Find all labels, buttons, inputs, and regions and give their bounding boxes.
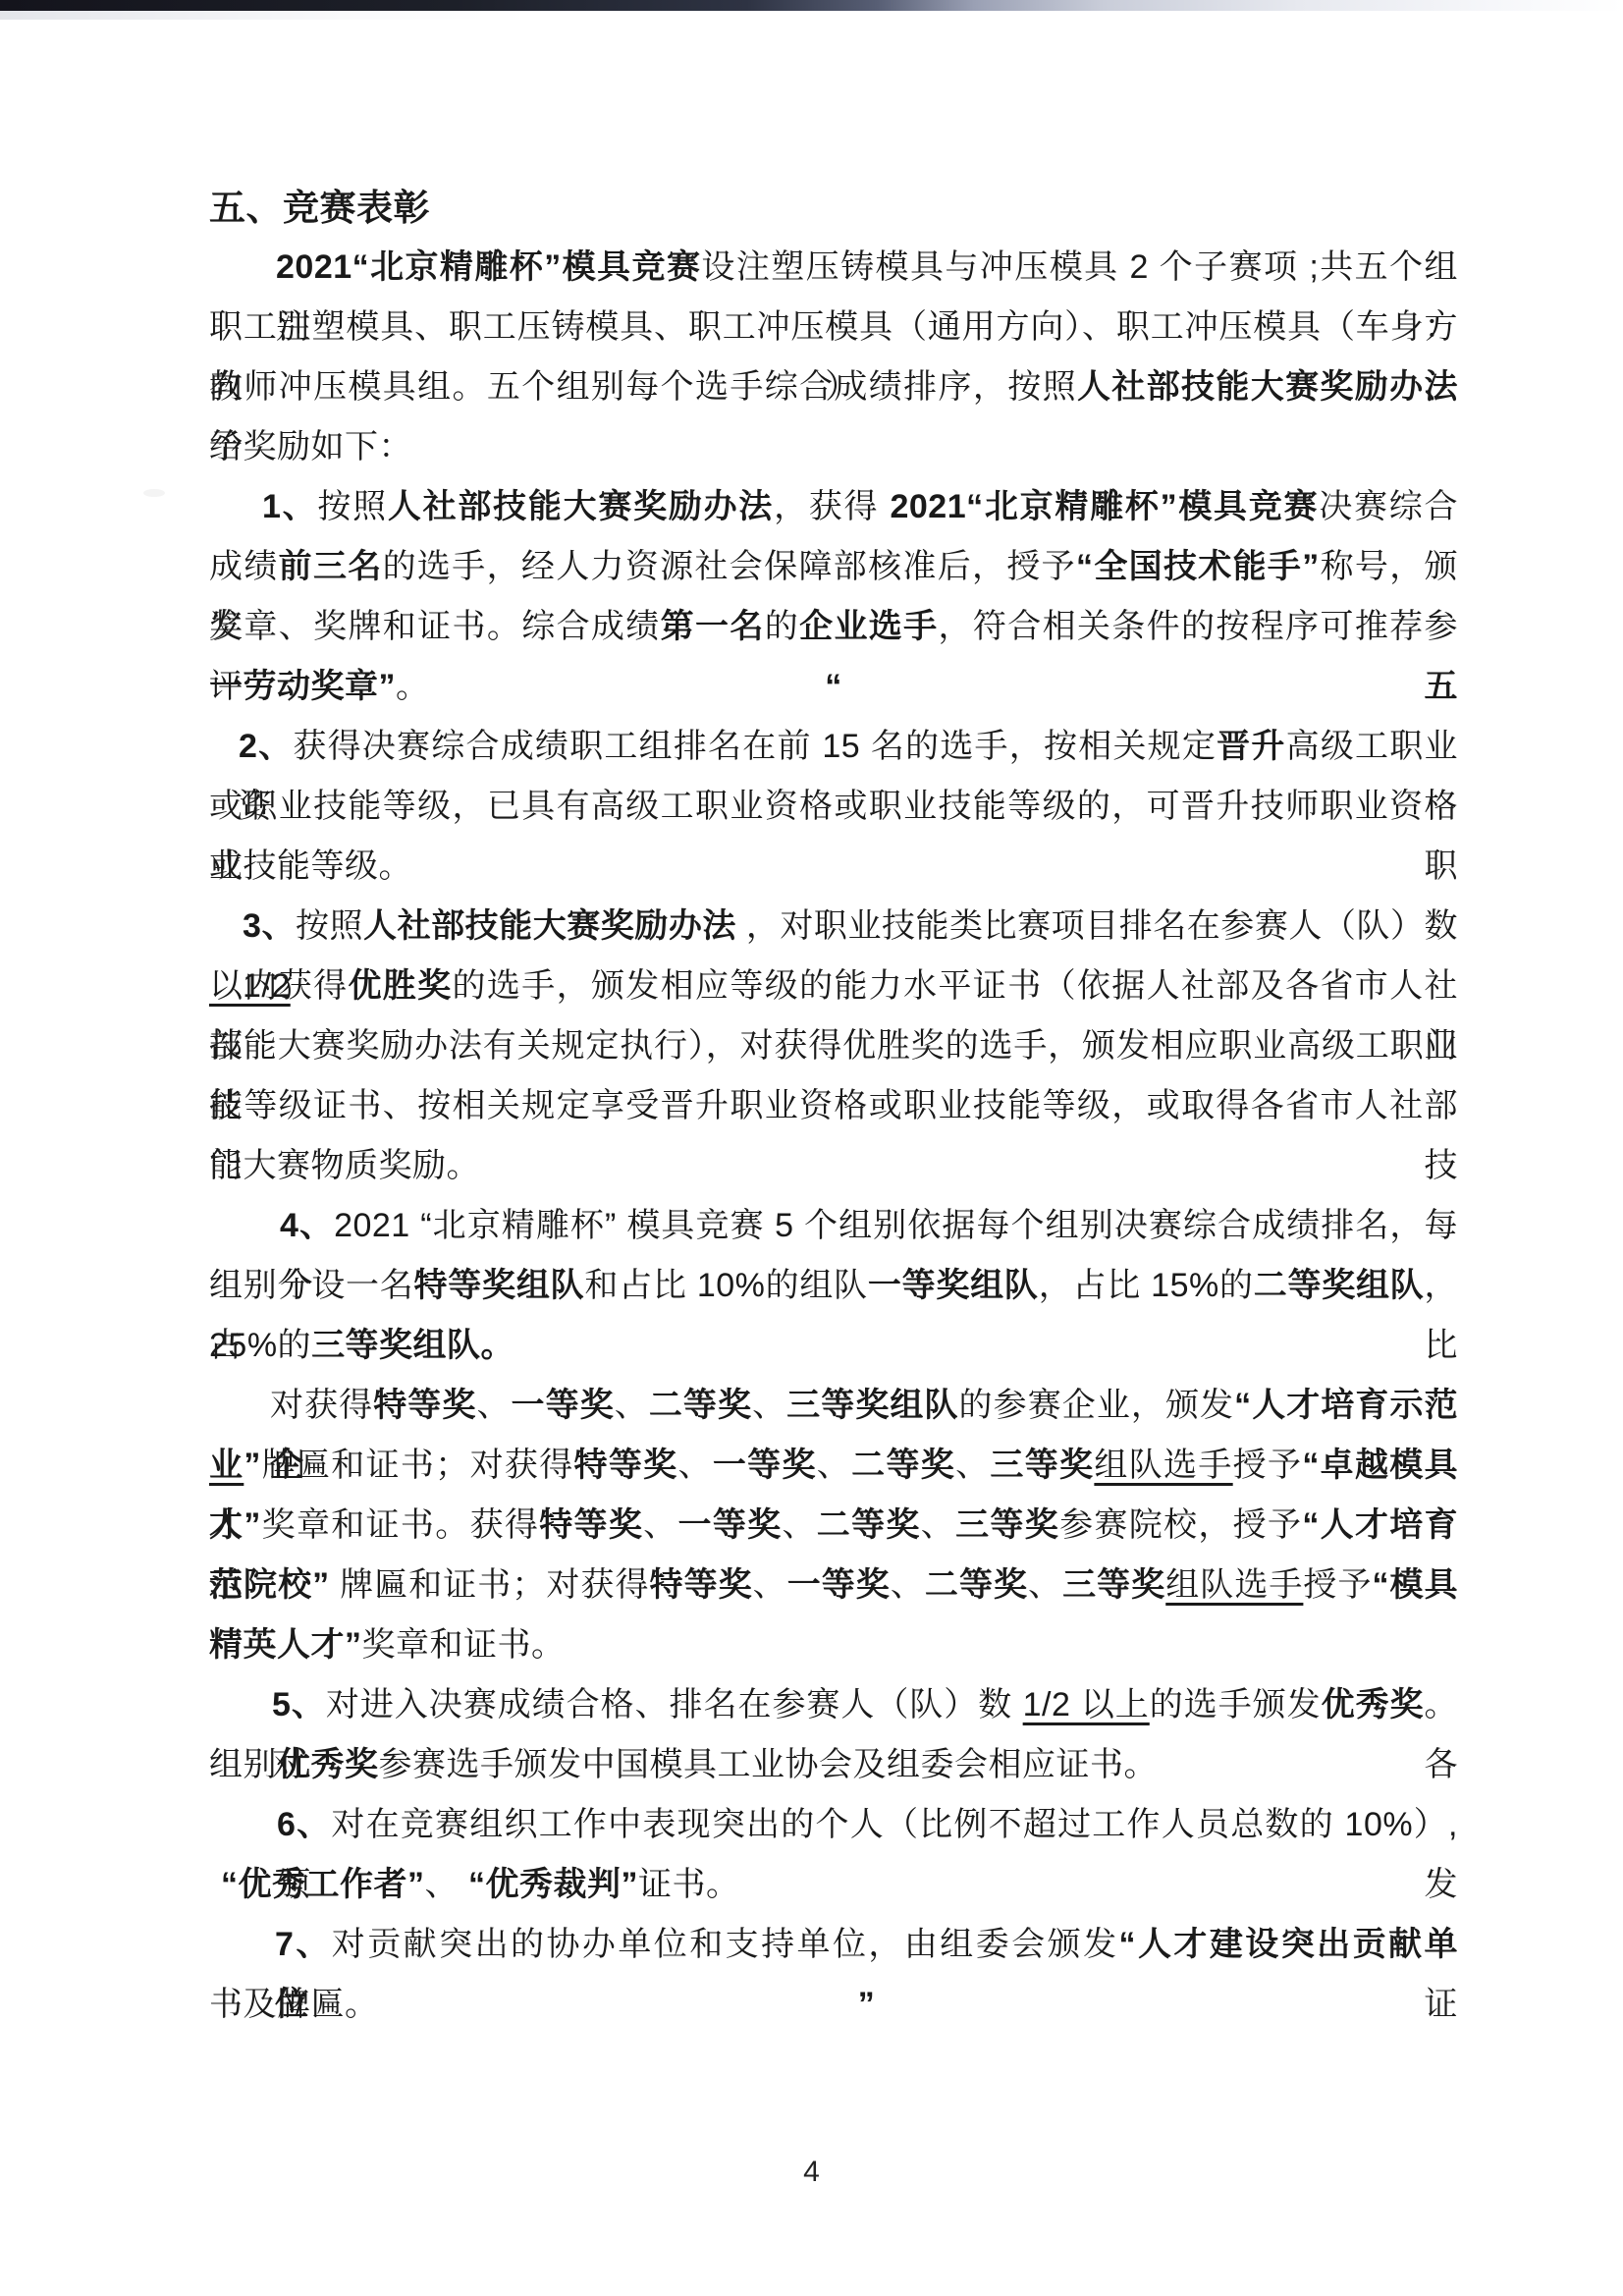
text-run: 组别 bbox=[209, 1746, 277, 1783]
text-run: 三等奖 bbox=[990, 1447, 1094, 1484]
text-run: “优秀裁判” bbox=[468, 1866, 638, 1903]
text-line: 成绩前三名的选手，经人力资源社会保障部核准后，授予“全国技术能手”称号，颁发 bbox=[209, 537, 1458, 597]
text-run: 一等奖 bbox=[678, 1506, 783, 1544]
text-run: 对贡献突出的协办单位和支持单位，由组委会颁发 bbox=[332, 1926, 1119, 1963]
text-run: ，对职业技能类比赛项目排名在参赛人（队）数 bbox=[736, 907, 1458, 945]
text-run: “五 bbox=[825, 668, 1458, 705]
text-run: 以内 bbox=[209, 967, 279, 1005]
text-run: 证 bbox=[875, 1986, 1458, 2023]
text-run: 、 bbox=[476, 1387, 511, 1424]
text-line: 才”奖章和证书。获得特等奖、一等奖、二等奖、三等奖参赛院校，授予“人才培育示 bbox=[209, 1496, 1458, 1556]
text-run: 特等奖 bbox=[650, 1566, 753, 1604]
text-run: 予奖励如下： bbox=[209, 428, 412, 465]
text-line: 7、对贡献突出的协办单位和支持单位，由组委会颁发“人才建设突出贡献单位”证 bbox=[209, 1915, 1458, 1975]
text-run: 三等奖组队。 bbox=[311, 1327, 514, 1364]
text-line: 4、2021 “北京精雕杯” 模具竞赛 5 个组别依据每个组别决赛综合成绩排名，… bbox=[209, 1196, 1458, 1256]
text-line: 予奖励如下： bbox=[209, 417, 1458, 477]
text-run: 的选手颁发 bbox=[1150, 1686, 1322, 1723]
text-run: 组队选手 bbox=[1094, 1447, 1232, 1484]
text-run: 、 bbox=[921, 1506, 955, 1544]
text-run: 特等奖 bbox=[539, 1506, 643, 1544]
text-line: 范院校” 牌匾和证书；对获得特等奖、一等奖、二等奖、三等奖组队选手授予“模具 bbox=[209, 1556, 1458, 1615]
text-line: 组别分设一名特等奖组队和占比 10%的组队一等奖组队，占比 15%的二等奖组队，… bbox=[209, 1256, 1458, 1316]
text-run: ，占比 15%的 bbox=[1039, 1267, 1254, 1304]
text-run: 7、 bbox=[275, 1926, 332, 1963]
text-run: 25%的 bbox=[209, 1327, 311, 1364]
text-run: 1、 bbox=[262, 488, 317, 525]
text-run: 、 bbox=[425, 1866, 468, 1903]
scan-artifact-speck bbox=[143, 489, 165, 497]
text-run: 、 bbox=[1028, 1566, 1062, 1604]
text-run: 奖章和证书。 bbox=[362, 1626, 566, 1664]
text-run: 人社部技能大赛奖励办法 bbox=[363, 907, 736, 945]
text-run: ，获得 bbox=[774, 488, 890, 525]
text-line: 5、对进入决赛成绩合格、排名在参赛人（队）数 1/2 以上的选手颁发优秀奖。对各 bbox=[209, 1675, 1458, 1735]
text-line: 能等级证书、按相关规定享受晋升职业资格或职业技能等级，或取得各省市人社部门技 bbox=[209, 1076, 1458, 1136]
text-run: 组别分设一名 bbox=[209, 1267, 414, 1304]
text-run: 奖章、奖牌和证书。综合成绩 bbox=[209, 608, 661, 645]
text-run: 授予 bbox=[1233, 1447, 1303, 1484]
text-line: 以内获得优胜奖的选手，颁发相应等级的能力水平证书（依据人社部及各省市人社部门 bbox=[209, 957, 1458, 1016]
text-run: 三等奖 bbox=[955, 1506, 1059, 1544]
text-run: 教师冲压模具组。五个组别每个选手综合成绩排序，按照 bbox=[209, 368, 1077, 406]
text-line: 2021“北京精雕杯”模具竞赛设注塑压铸模具与冲压模具 2 个子赛项 ;共五个组… bbox=[209, 238, 1458, 298]
text-run: 范院校” bbox=[209, 1566, 330, 1604]
text-line: 或职业技能等级，已具有高级工职业资格或职业技能等级的，可晋升技师职业资格或职 bbox=[209, 777, 1458, 837]
text-run: 特等奖 bbox=[574, 1447, 678, 1484]
text-run: 二等奖组队 bbox=[1254, 1267, 1425, 1304]
text-run: 、 bbox=[955, 1447, 990, 1484]
text-run: 特等奖 bbox=[373, 1387, 476, 1424]
document-body: 五、竞赛表彰2021“北京精雕杯”模具竞赛设注塑压铸模具与冲压模具 2 个子赛项… bbox=[209, 178, 1458, 2035]
text-line: 业”牌匾和证书；对获得特等奖、一等奖、二等奖、三等奖组队选手授予“卓越模具人 bbox=[209, 1436, 1458, 1496]
text-run: 、 bbox=[782, 1506, 816, 1544]
text-run: 业 bbox=[209, 1447, 243, 1484]
text-run: 业技能等级。 bbox=[209, 847, 412, 885]
text-run: 、 bbox=[678, 1447, 713, 1484]
text-line: 教师冲压模具组。五个组别每个选手综合成绩排序，按照人社部技能大赛奖励办法给 bbox=[209, 357, 1458, 417]
section-heading: 五、竞赛表彰 bbox=[209, 178, 1458, 238]
text-run: 优胜奖 bbox=[348, 967, 452, 1005]
text-run: 参赛院校，授予 bbox=[1059, 1506, 1302, 1544]
text-run: 一劳动奖章” bbox=[209, 668, 396, 705]
text-run: 晋升 bbox=[1217, 728, 1285, 765]
text-run: 获得决赛综合成绩职工组排名在前 15 名的选手，按相关规定 bbox=[293, 728, 1217, 765]
text-run: 一等奖 bbox=[713, 1447, 817, 1484]
text-line: 对获得特等奖、一等奖、二等奖、三等奖组队的参赛企业，颁发“人才培育示范企 bbox=[209, 1376, 1458, 1436]
text-run: 2021“北京精雕杯”模具竞赛 bbox=[276, 248, 701, 286]
scan-artifact-top-band bbox=[0, 0, 1623, 11]
text-run: 才” bbox=[209, 1506, 261, 1544]
text-run: 2021“北京精雕杯”模具竞赛 bbox=[890, 488, 1319, 525]
text-run: 一等奖 bbox=[512, 1387, 615, 1424]
text-run: 奖章和证书。获得 bbox=[261, 1506, 539, 1544]
text-run: 牌匾和证书；对获得 bbox=[330, 1566, 650, 1604]
text-run: 、 bbox=[752, 1387, 786, 1424]
text-line: 职工注塑模具、职工压铸模具、职工冲压模具（通用方向）、职工冲压模具（车身方向）、 bbox=[209, 298, 1458, 357]
text-run: 3、 bbox=[243, 907, 296, 945]
text-run: 的参赛企业，颁发 bbox=[959, 1387, 1235, 1424]
text-run: 的选手，经人力资源社会保障部核准后，授予 bbox=[383, 548, 1076, 585]
text-run: 获得 bbox=[279, 967, 349, 1005]
text-run: 对进入决赛成绩合格、排名在参赛人（队）数 bbox=[326, 1686, 1023, 1723]
text-run: 二等奖 bbox=[817, 1506, 921, 1544]
text-run: 5、 bbox=[272, 1686, 326, 1723]
text-run: 精英人才” bbox=[209, 1626, 362, 1664]
text-run: 按照 bbox=[296, 907, 363, 945]
text-run: 证书。 bbox=[638, 1866, 740, 1903]
text-line: 精英人才”奖章和证书。 bbox=[209, 1615, 1458, 1675]
scan-artifact-smear bbox=[0, 11, 530, 20]
text-run: 优秀奖 bbox=[1322, 1686, 1425, 1723]
text-run: ” bbox=[243, 1447, 261, 1484]
text-run: 1/2 以上 bbox=[1023, 1686, 1150, 1723]
text-line: 奖章、奖牌和证书。综合成绩第一名的企业选手，符合相关条件的按程序可推荐参评“五 bbox=[209, 597, 1458, 657]
text-line: 3、按照人社部技能大赛奖励办法 ，对职业技能类比赛项目排名在参赛人（队）数 1/… bbox=[209, 897, 1458, 957]
text-run: “全国技术能手” bbox=[1076, 548, 1320, 585]
text-run: 第一名 bbox=[661, 608, 765, 645]
text-run: 一等奖 bbox=[787, 1566, 891, 1604]
text-run: 4、 bbox=[280, 1207, 334, 1244]
text-run: 三等奖 bbox=[1062, 1566, 1165, 1604]
text-run: 、 bbox=[891, 1566, 925, 1604]
text-run: 牌匾和证书；对获得 bbox=[261, 1447, 574, 1484]
text-run: 组队选手 bbox=[1165, 1566, 1303, 1604]
text-run: 前三名 bbox=[279, 548, 383, 585]
text-run: 的 bbox=[765, 608, 799, 645]
text-run: 对获得 bbox=[270, 1387, 373, 1424]
text-run: 优秀奖 bbox=[277, 1746, 379, 1783]
text-run: 2、 bbox=[239, 728, 293, 765]
text-run: 成绩 bbox=[209, 548, 279, 585]
text-line: 技能大赛奖励办法有关规定执行），对获得优胜奖的选手，颁发相应职业高级工职业技 bbox=[209, 1016, 1458, 1076]
text-line: 2、获得决赛综合成绩职工组排名在前 15 名的选手，按相关规定晋升高级工职业资格 bbox=[209, 717, 1458, 777]
text-run: 授予 bbox=[1303, 1566, 1372, 1604]
text-run: “模具 bbox=[1373, 1566, 1459, 1604]
text-run: 企业选手 bbox=[799, 608, 938, 645]
text-run: 参赛选手颁发中国模具工业协会及组委会相应证书。 bbox=[379, 1746, 1159, 1783]
text-run: 二等奖 bbox=[925, 1566, 1028, 1604]
text-run: 和占比 10%的组队 bbox=[584, 1267, 868, 1304]
text-run: 二等奖 bbox=[851, 1447, 955, 1484]
page-number: 4 bbox=[0, 2153, 1623, 2192]
text-line: 6、对在竞赛组织工作中表现突出的个人（比例不超过工作人员总数的 10%）,颁发 bbox=[209, 1795, 1458, 1855]
text-run: 二等奖 bbox=[649, 1387, 752, 1424]
text-run: 、 bbox=[753, 1566, 787, 1604]
text-run: 、 bbox=[817, 1447, 851, 1484]
text-run: 五、竞赛表彰 bbox=[209, 188, 430, 228]
text-run: 6、 bbox=[277, 1806, 331, 1843]
text-run: 特等奖组队 bbox=[414, 1267, 585, 1304]
text-run: 。 bbox=[396, 668, 430, 705]
text-run: 人社部技能大赛奖励办法 bbox=[388, 488, 774, 525]
text-run: 三等奖组队 bbox=[786, 1387, 958, 1424]
text-line: 1、按照人社部技能大赛奖励办法，获得 2021“北京精雕杯”模具竞赛决赛综合 bbox=[209, 477, 1458, 537]
text-run: 按照 bbox=[317, 488, 387, 525]
text-run: “优秀工作者” bbox=[221, 1866, 425, 1903]
text-run: 、 bbox=[643, 1506, 677, 1544]
text-run: 能大赛物质奖励。 bbox=[209, 1147, 480, 1184]
text-run: 、 bbox=[615, 1387, 649, 1424]
text-run: 人社部技能大赛奖励办法 bbox=[1077, 368, 1458, 406]
text-run: 一等奖组队 bbox=[868, 1267, 1039, 1304]
text-run: 决赛综合 bbox=[1319, 488, 1458, 525]
text-run: 书及牌匾。 bbox=[209, 1986, 379, 2023]
